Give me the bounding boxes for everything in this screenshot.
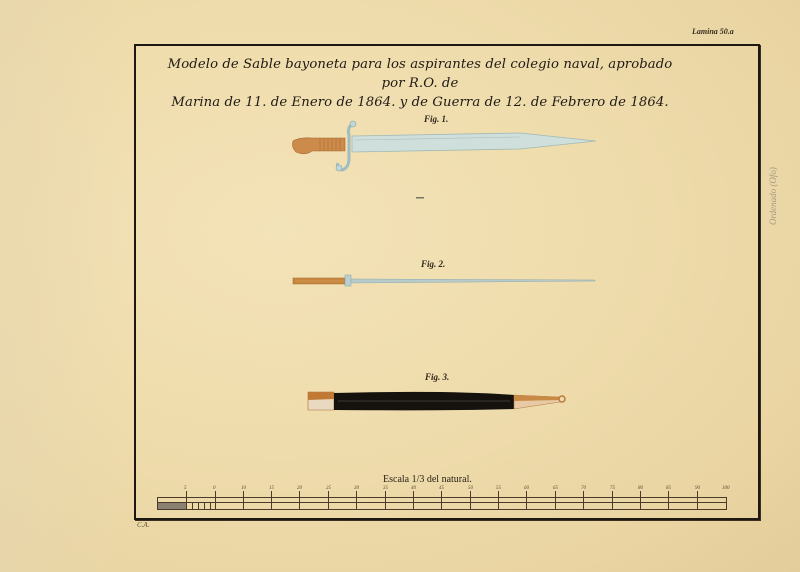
margin-note: Ordenado (Ofo) xyxy=(768,167,778,225)
small-mark xyxy=(416,197,424,199)
fig-1-bayonet-drawing xyxy=(292,121,596,171)
scale-title: Escala 1/3 del natural. xyxy=(383,474,472,485)
fig-2-bayonet-drawing xyxy=(293,275,595,286)
drawings xyxy=(0,0,800,572)
scale-fill xyxy=(158,503,186,509)
signature: C.A. xyxy=(137,521,149,529)
scale-bar: 5 0 10 15 20 25 30 35 40 45 50 55 60 65 … xyxy=(157,497,727,510)
fig-3-scabbard-drawing xyxy=(308,392,565,410)
